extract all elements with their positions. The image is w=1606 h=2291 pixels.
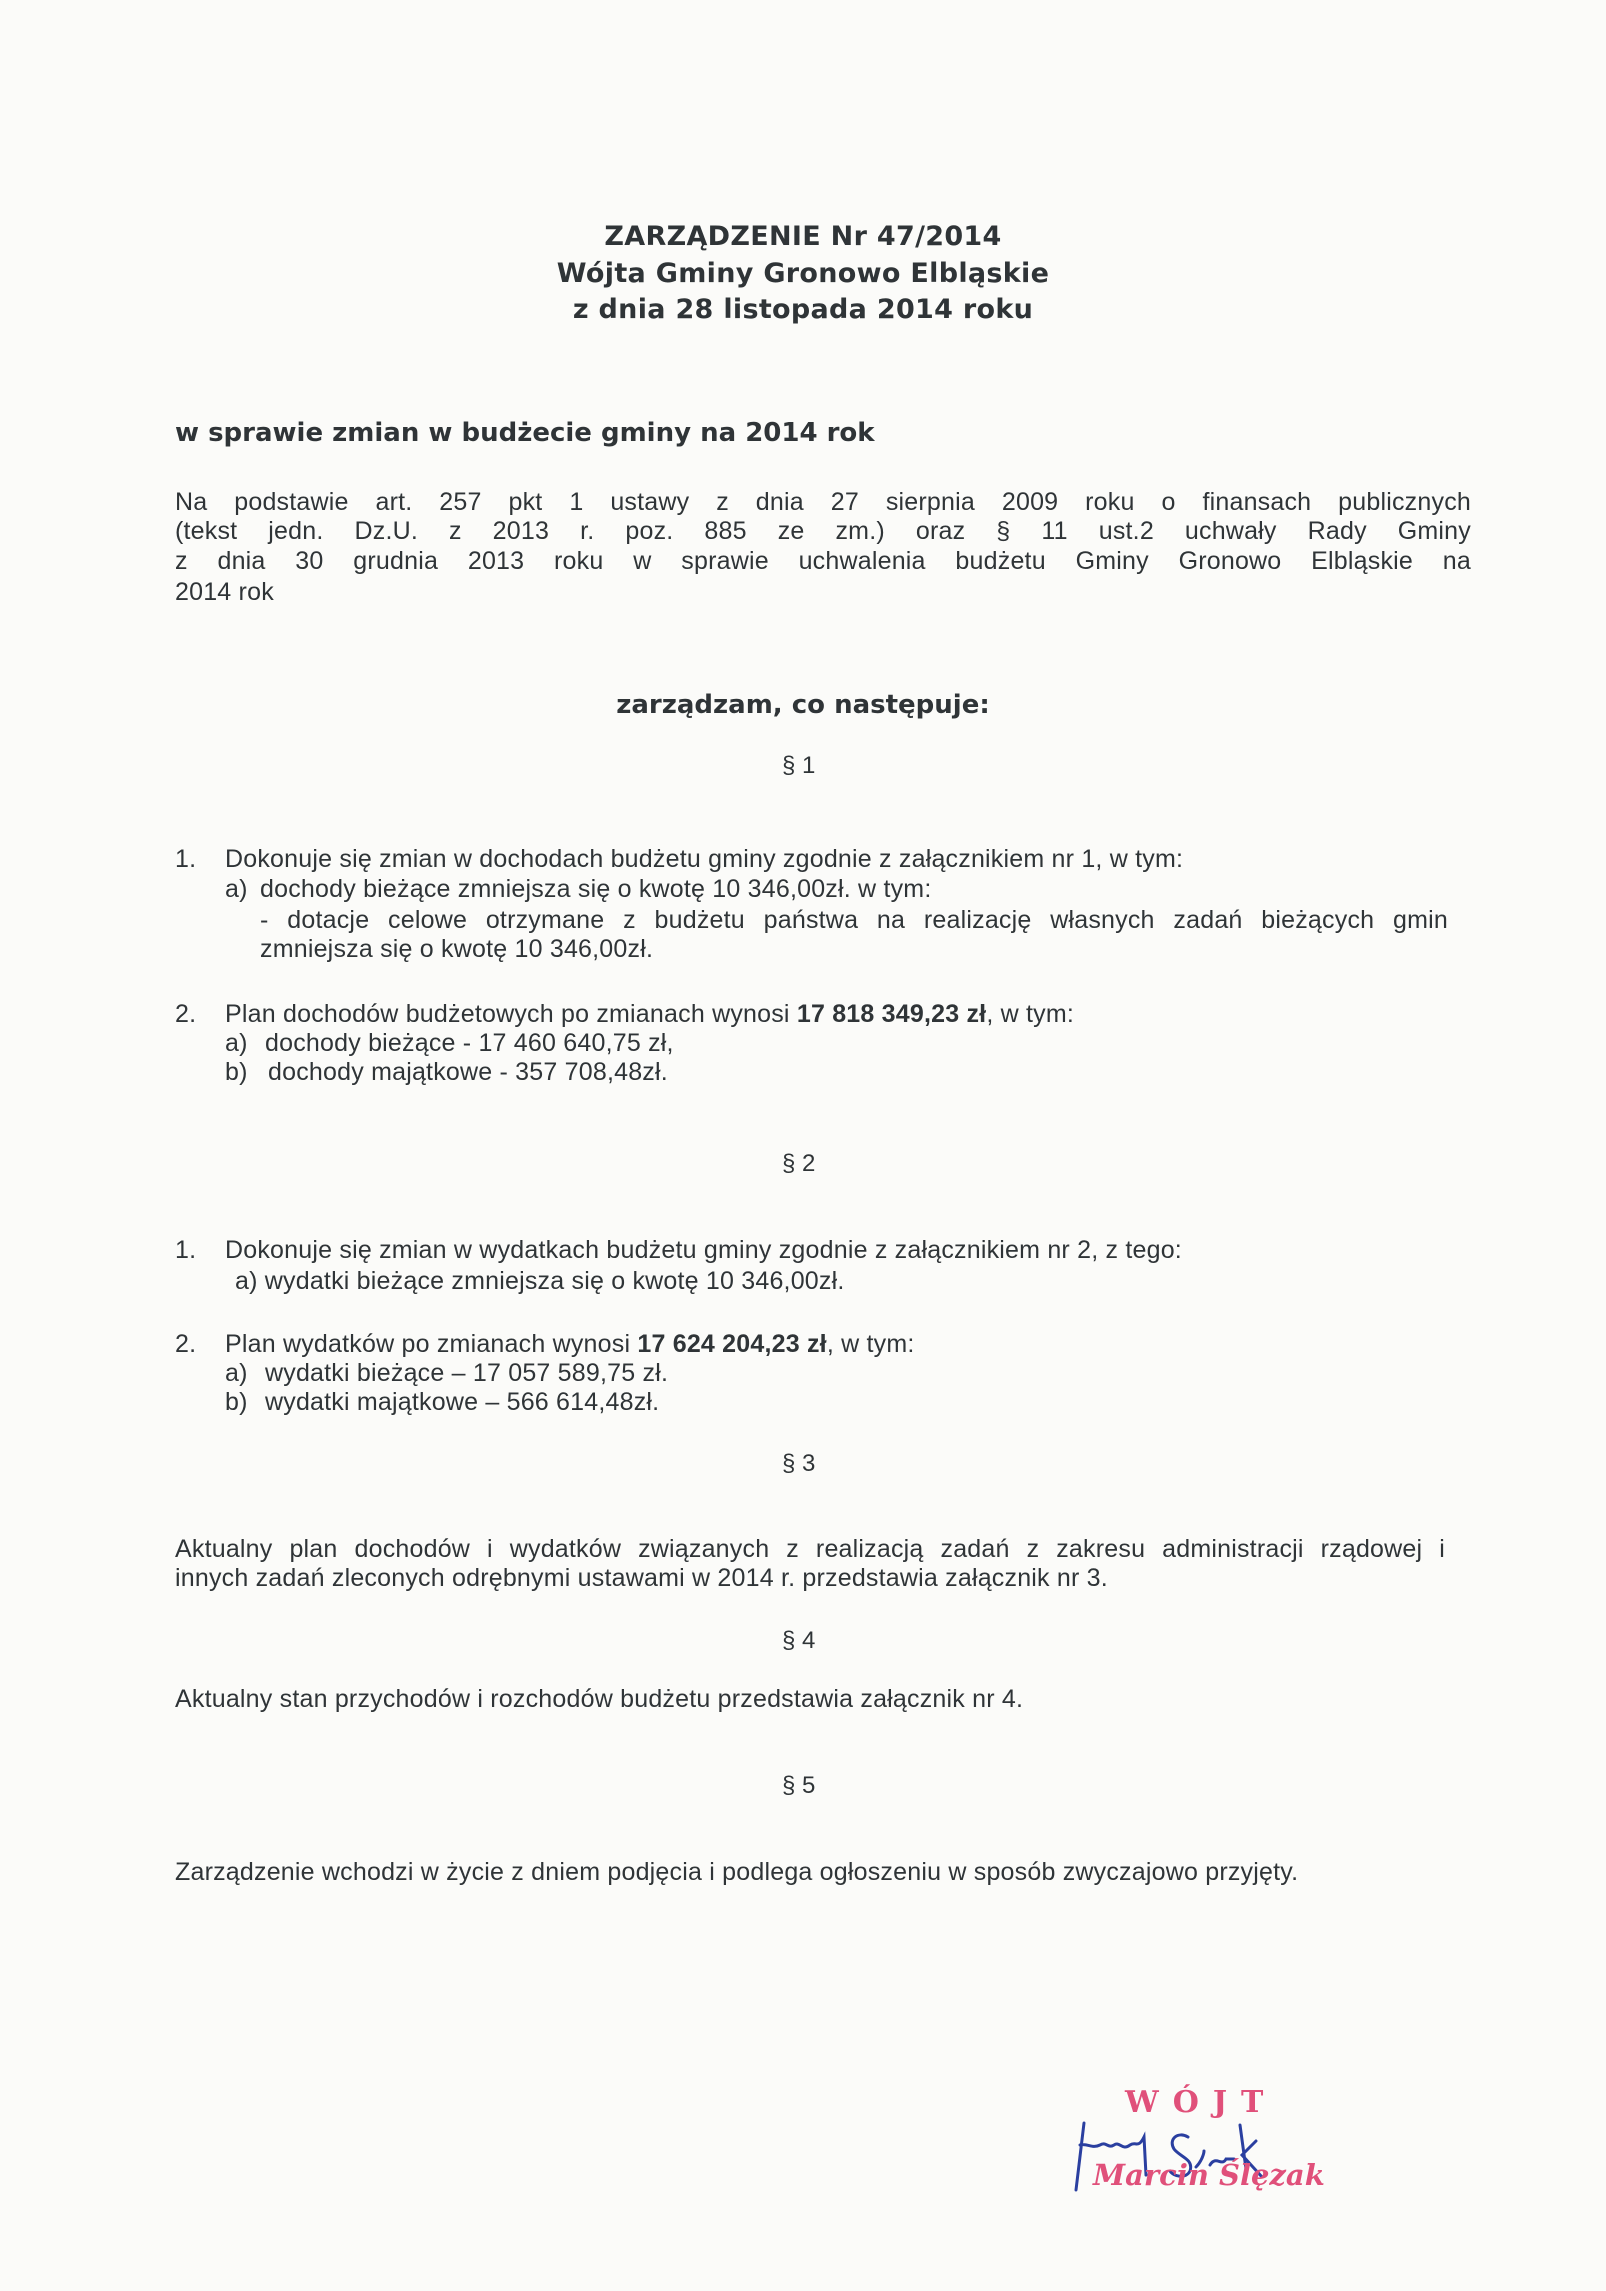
s1-item2-a-label: a): [225, 1029, 248, 1058]
s2-item2-text: Plan wydatków po zmianach wynosi 17 624 …: [225, 1330, 915, 1359]
preamble-line: 2014 rok: [175, 578, 274, 607]
document-subject: w sprawie zmian w budżecie gminy na 2014…: [175, 418, 875, 448]
expense-plan-amount: 17 624 204,23 zł: [637, 1330, 826, 1358]
s2-item2-a-label: a): [225, 1359, 248, 1388]
s2-item2-text-before: Plan wydatków po zmianach wynosi: [225, 1330, 637, 1358]
document-title: ZARZĄDZENIE Nr 47/2014: [0, 221, 1606, 252]
s1-item2-text: Plan dochodów budżetowych po zmianach wy…: [225, 1000, 1074, 1029]
section-mark-5: § 5: [782, 1772, 815, 1800]
section-mark-4: § 4: [782, 1627, 815, 1655]
s5-text: Zarządzenie wchodzi w życie z dniem podj…: [175, 1858, 1298, 1887]
s1-item2-text-before: Plan dochodów budżetowych po zmianach wy…: [225, 1000, 797, 1028]
s2-item2-a-text: wydatki bieżące – 17 057 589,75 zł.: [265, 1359, 668, 1388]
section-mark-2: § 2: [782, 1150, 815, 1178]
s4-text: Aktualny stan przychodów i rozchodów bud…: [175, 1685, 1023, 1714]
s1-item1-number: 1.: [175, 845, 196, 874]
document-date: z dnia 28 listopada 2014 roku: [0, 294, 1606, 325]
s2-item2-b-label: b): [225, 1388, 248, 1417]
s2-item2-number: 2.: [175, 1330, 196, 1359]
preamble-line: Na podstawie art. 257 pkt 1 ustawy z dni…: [175, 488, 1471, 517]
s1-item2-a-text: dochody bieżące - 17 460 640,75 zł,: [265, 1029, 674, 1058]
s2-item1-text: Dokonuje się zmian w wydatkach budżetu g…: [225, 1236, 1182, 1265]
preamble-line: (tekst jedn. Dz.U. z 2013 r. poz. 885 ze…: [175, 517, 1471, 546]
s1-item2-b-label: b): [225, 1058, 248, 1087]
s1-item1-dash-line: zmniejsza się o kwotę 10 346,00zł.: [260, 935, 653, 964]
s1-item2-b-text: dochody majątkowe - 357 708,48zł.: [268, 1058, 668, 1087]
s1-item1-a-text: dochody bieżące zmniejsza się o kwotę 10…: [260, 875, 931, 904]
s1-item1-a-label: a): [225, 875, 248, 904]
s2-item1-a-text: a) wydatki bieżące zmniejsza się o kwotę…: [235, 1267, 845, 1296]
s1-item1-text: Dokonuje się zmian w dochodach budżetu g…: [225, 845, 1183, 874]
s3-text-line: innych zadań zleconych odrębnymi ustawam…: [175, 1564, 1108, 1593]
s1-item2-number: 2.: [175, 1000, 196, 1029]
section-mark-3: § 3: [782, 1450, 815, 1478]
s1-item2-text-after: , w tym:: [986, 1000, 1074, 1028]
document-issuer: Wójta Gminy Gronowo Elbląskie: [0, 258, 1606, 289]
revenue-plan-amount: 17 818 349,23 zł: [797, 1000, 986, 1028]
s2-item2-b-text: wydatki majątkowe – 566 614,48zł.: [265, 1388, 659, 1417]
s3-text-line: Aktualny plan dochodów i wydatków związa…: [175, 1535, 1445, 1564]
section-mark-1: § 1: [782, 752, 815, 780]
decree-phrase: zarządzam, co następuje:: [0, 690, 1606, 720]
preamble-line: z dnia 30 grudnia 2013 roku w sprawie uc…: [175, 547, 1471, 576]
s2-item2-text-after: , w tym:: [827, 1330, 915, 1358]
s1-item1-dash-line: - dotacje celowe otrzymane z budżetu pań…: [260, 906, 1448, 935]
stamp-name: Marcin Ślęzak: [1093, 2158, 1325, 2192]
s2-item1-number: 1.: [175, 1236, 196, 1265]
